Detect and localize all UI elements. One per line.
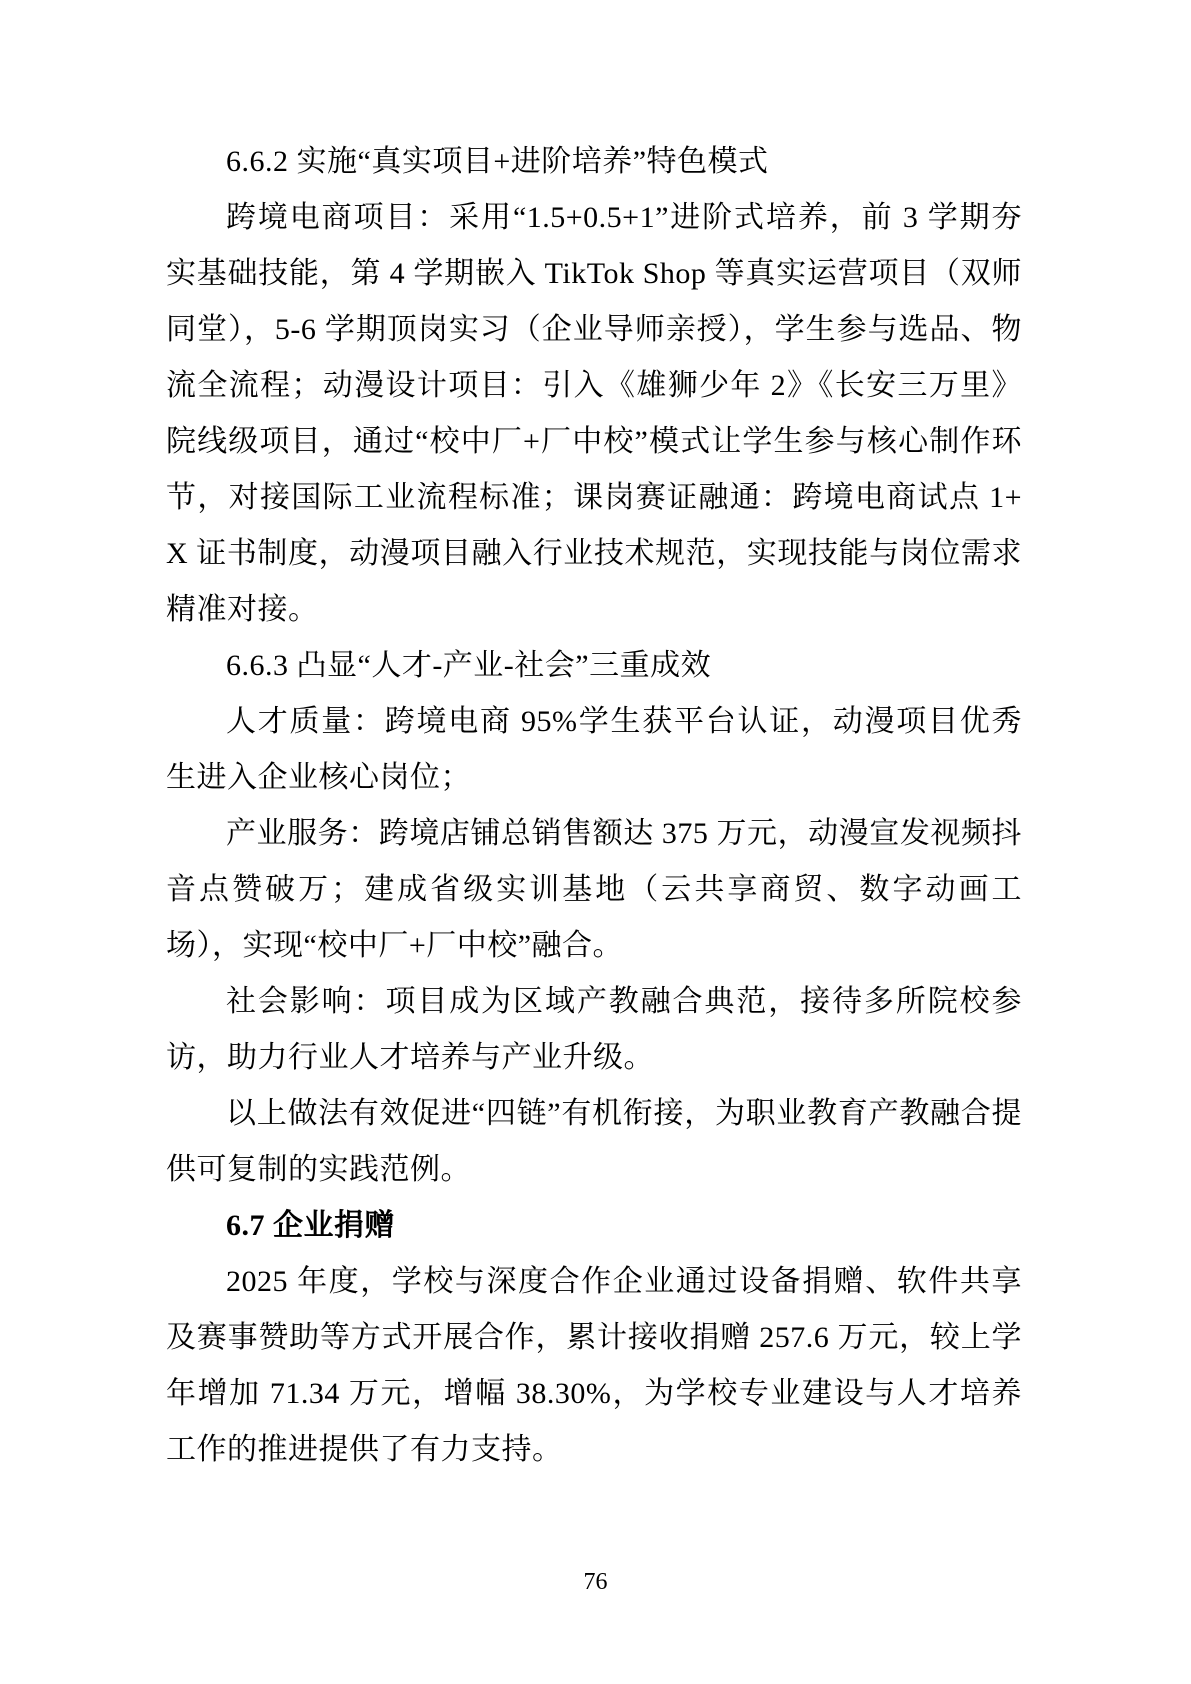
document-body: 6.6.2 实施“真实项目+进阶培养”特色模式 跨境电商项目：采用“1.5+0.… [166, 134, 1022, 1478]
section-heading-6-6-2: 6.6.2 实施“真实项目+进阶培养”特色模式 [166, 134, 1022, 190]
document-page: 6.6.2 实施“真实项目+进阶培养”特色模式 跨境电商项目：采用“1.5+0.… [0, 0, 1191, 1684]
section-heading-6-7: 6.7 企业捐赠 [166, 1198, 1022, 1254]
paragraph-social-impact: 社会影响：项目成为区域产教融合典范，接待多所院校参访，助力行业人才培养与产业升级… [166, 974, 1022, 1086]
paragraph-donations: 2025 年度，学校与深度合作企业通过设备捐赠、软件共享及赛事赞助等方式开展合作… [166, 1254, 1022, 1478]
page-number: 76 [0, 1566, 1191, 1598]
paragraph-industry-service: 产业服务：跨境店铺总销售额达 375 万元，动漫宣发视频抖音点赞破万；建成省级实… [166, 806, 1022, 974]
paragraph-talent-quality: 人才质量：跨境电商 95%学生获平台认证，动漫项目优秀生进入企业核心岗位； [166, 694, 1022, 806]
paragraph-summary: 以上做法有效促进“四链”有机衔接，为职业教育产教融合提供可复制的实践范例。 [166, 1086, 1022, 1198]
section-heading-6-6-3: 6.6.3 凸显“人才-产业-社会”三重成效 [166, 638, 1022, 694]
paragraph-projects: 跨境电商项目：采用“1.5+0.5+1”进阶式培养，前 3 学期夯实基础技能，第… [166, 190, 1022, 638]
